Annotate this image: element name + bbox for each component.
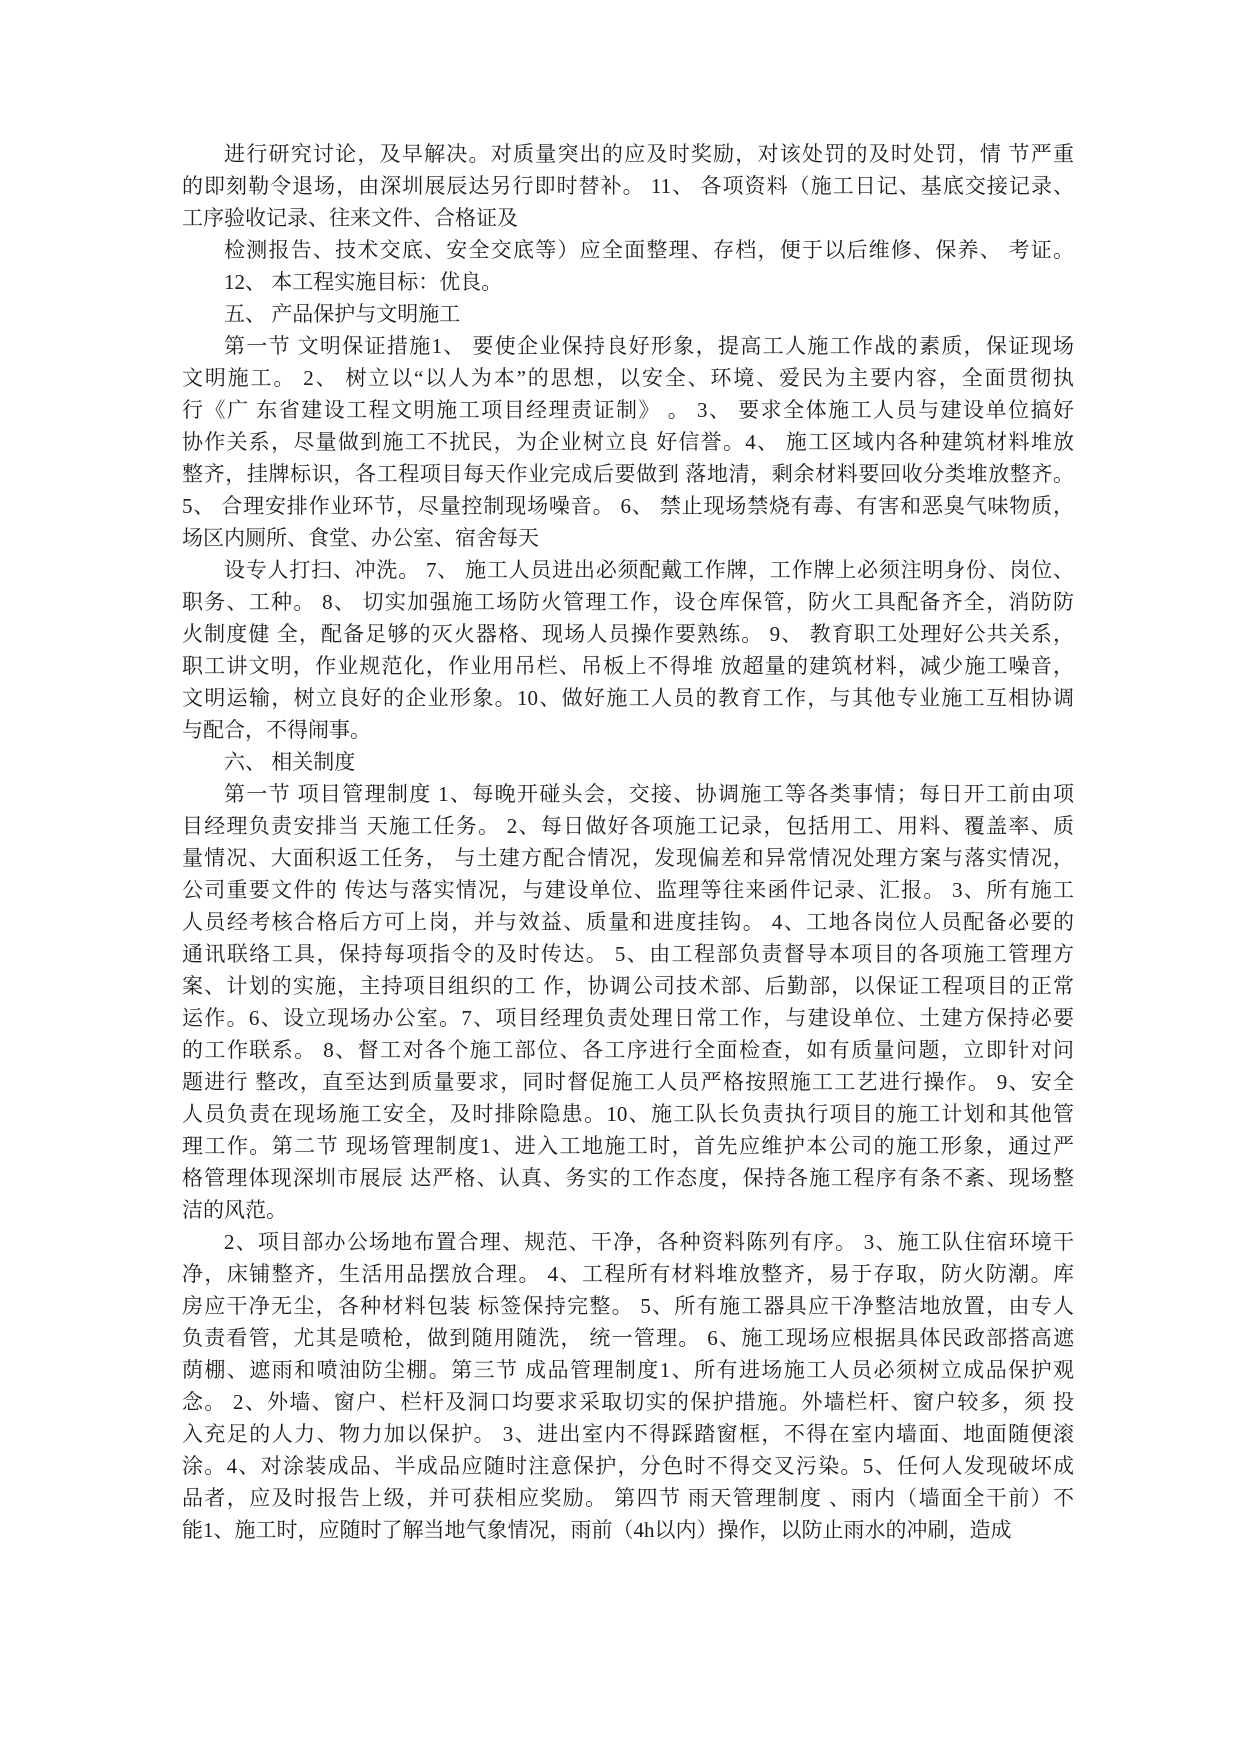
text-line: 房应干净无尘，各种材料包装 标签保持完整。 5、所有施工器具应干净整洁地放置，由… [182, 1290, 1074, 1322]
document-page: 进行研究讨论，及早解决。对质量突出的应及时奖励，对该处罚的及时处罚，情 节严重的… [0, 0, 1241, 1754]
text-line: 通讯联络工具，保持每项指令的及时传达。 5、由工程部负责督导本项目的各项施工管理… [182, 938, 1074, 970]
text-line: 第一节 项目管理制度 1、每晚开碰头会，交接、协调施工等各类事情；每日开工前由项 [182, 778, 1074, 810]
text-line: 荫棚、遮雨和喷油防尘棚。第三节 成品管理制度1、所有进场施工人员必须树立成品保护… [182, 1354, 1074, 1386]
text-line: 第一节 文明保证措施1、 要使企业保持良好形象，提高工人施工作战的素质，保证现场 [182, 330, 1074, 362]
text-line: 人员经考核合格后方可上岗，并与效益、质量和进度挂钩。 4、工地各岗位人员配备必要… [182, 906, 1074, 938]
text-line: 负责看管，尤其是喷枪，做到随用随洗， 统一管理。 6、施工现场应根据具体民政部搭… [182, 1322, 1074, 1354]
text-line: 行《广 东省建设工程文明施工项目经理责证制》 。 3、 要求全体施工人员与建设单… [182, 394, 1074, 426]
text-line: 人员负责在现场施工安全，及时排除隐患。10、施工队长负责执行项目的施工计划和其他… [182, 1098, 1074, 1130]
text-line: 目经理负责安排当 天施工任务。 2、每日做好各项施工记录，包括用工、用料、覆盖率… [182, 810, 1074, 842]
text-line: 职工讲文明，作业规范化，作业用吊栏、吊板上不得堆 放超量的建筑材料，减少施工噪音… [182, 650, 1074, 682]
text-line: 工序验收记录、往来文件、合格证及 [182, 202, 1074, 234]
text-line: 与配合，不得闹事。 [182, 714, 1074, 746]
text-line: 5、 合理安排作业环节，尽量控制现场噪音。 6、 禁止现场禁烧有毒、有害和恶臭气… [182, 490, 1074, 522]
text-line: 念。 2、外墙、窗户、栏杆及洞口均要求采取切实的保护措施。外墙栏杆、窗户较多，须… [182, 1386, 1074, 1418]
text-line: 涂。4、对涂装成品、半成品应随时注意保护，分色时不得交叉污染。5、任何人发现破坏… [182, 1450, 1074, 1482]
text-line: 12、 本工程实施目标：优良。 [182, 266, 1074, 298]
text-line: 案、计划的实施，主持项目组织的工 作，协调公司技术部、后勤部，以保证工程项目的正… [182, 970, 1074, 1002]
text-line: 整齐，挂牌标识，各工程项目每天作业完成后要做到 落地清，剩余材料要回收分类堆放整… [182, 458, 1074, 490]
text-line: 2、项目部办公场地布置合理、规范、干净，各种资料陈列有序。 3、施工队住宿环境干 [182, 1226, 1074, 1258]
text-line: 能1、施工时，应随时了解当地气象情况，雨前（4h以内）操作，以防止雨水的冲刷，造… [182, 1514, 1074, 1546]
text-line: 场区内厕所、食堂、办公室、宿舍每天 [182, 522, 1074, 554]
text-line: 文明运输，树立良好的企业形象。10、做好施工人员的教育工作，与其他专业施工互相协… [182, 682, 1074, 714]
text-line: 职务、工种。 8、 切实加强施工场防火管理工作，设仓库保管，防火工具配备齐全，消… [182, 586, 1074, 618]
text-line: 格管理体现深圳市展辰 达严格、认真、务实的工作态度，保持各施工程序有条不紊、现场… [182, 1162, 1074, 1194]
text-line: 公司重要文件的 传达与落实情况，与建设单位、监理等往来函件记录、汇报。 3、所有… [182, 874, 1074, 906]
text-line: 的工作联系。 8、督工对各个施工部位、各工序进行全面检查，如有质量问题，立即针对… [182, 1034, 1074, 1066]
text-line: 题进行 整改，直至达到质量要求，同时督促施工人员严格按照施工工艺进行操作。 9、… [182, 1066, 1074, 1098]
text-line: 入充足的人力、物力加以保护。 3、进出室内不得踩踏窗框，不得在室内墙面、地面随便… [182, 1418, 1074, 1450]
text-line: 设专人打扫、冲洗。 7、 施工人员进出必须配戴工作牌，工作牌上必须注明身份、岗位… [182, 554, 1074, 586]
text-line: 净，床铺整齐，生活用品摆放合理。 4、工程所有材料堆放整齐，易于存取，防火防潮。… [182, 1258, 1074, 1290]
text-line: 文明施工。 2、 树立以“以人为本”的思想，以安全、环境、爱民为主要内容，全面贯… [182, 362, 1074, 394]
text-line: 协作关系，尽量做到施工不扰民，为企业树立良 好信誉。4、 施工区域内各种建筑材料… [182, 426, 1074, 458]
text-line: 进行研究讨论，及早解决。对质量突出的应及时奖励，对该处罚的及时处罚，情 节严重 [182, 138, 1074, 170]
text-line: 五、 产品保护与文明施工 [182, 298, 1074, 330]
text-line: 理工作。第二节 现场管理制度1、进入工地施工时，首先应维护本公司的施工形象，通过… [182, 1130, 1074, 1162]
text-line: 的即刻勒令退场，由深圳展辰达另行即时替补。 11、 各项资料（施工日记、基底交接… [182, 170, 1074, 202]
text-line: 量情况、大面积返工任务， 与土建方配合情况，发现偏差和异常情况处理方案与落实情况… [182, 842, 1074, 874]
text-line: 运作。6、设立现场办公室。7、项目经理负责处理日常工作，与建设单位、土建方保持必… [182, 1002, 1074, 1034]
text-line: 品者，应及时报告上级，并可获相应奖励。 第四节 雨天管理制度 、雨内（墙面全干前… [182, 1482, 1074, 1514]
text-line: 检测报告、技术交底、安全交底等）应全面整理、存档，便于以后维修、保养、 考证。 [182, 234, 1074, 266]
text-line: 洁的风范。 [182, 1194, 1074, 1226]
document-body: 进行研究讨论，及早解决。对质量突出的应及时奖励，对该处罚的及时处罚，情 节严重的… [182, 138, 1074, 1546]
text-line: 火制度健 全，配备足够的灭火器格、现场人员操作要熟练。 9、 教育职工处理好公共… [182, 618, 1074, 650]
text-line: 六、 相关制度 [182, 746, 1074, 778]
